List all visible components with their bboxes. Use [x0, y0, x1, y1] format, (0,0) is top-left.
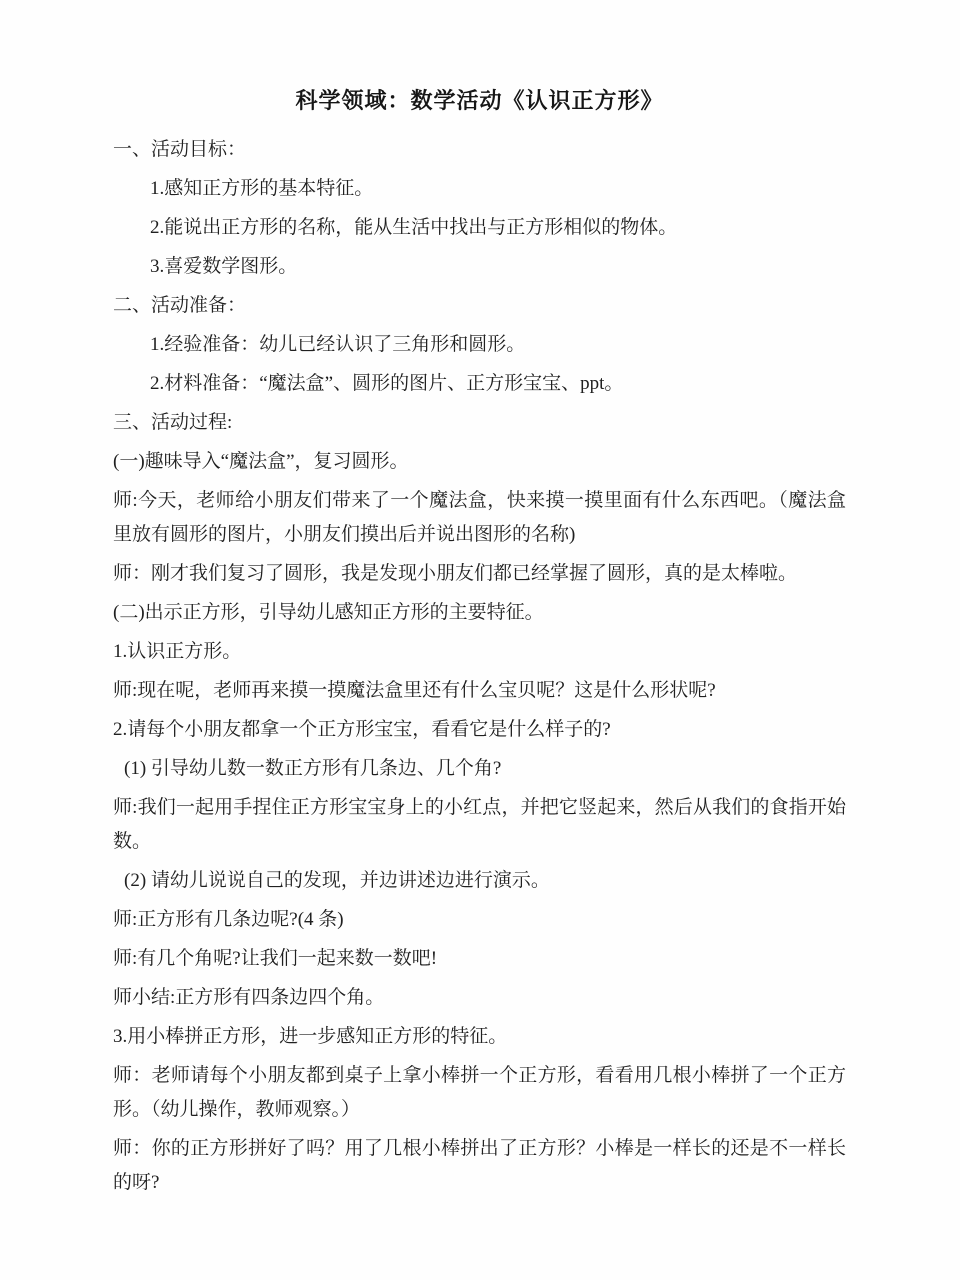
paragraph: 师:今天，老师给小朋友们带来了一个魔法盒，快来摸一摸里面有什么东西吧。（魔法盒里…	[113, 484, 846, 552]
paragraph: 1.经验准备：幼儿已经认识了三角形和圆形。	[113, 328, 846, 362]
paragraph: 师：老师请每个小朋友都到桌子上拿小棒拼一个正方形，看看用几根小棒拼了一个正方形。…	[113, 1059, 846, 1127]
paragraph: 1.认识正方形。	[113, 635, 846, 669]
document-title: 科学领域：数学活动《认识正方形》	[113, 86, 846, 116]
paragraph: 3.喜爱数学图形。	[113, 250, 846, 284]
paragraph: 一、活动目标：	[113, 133, 846, 167]
paragraph: 师小结:正方形有四条边四个角。	[113, 981, 846, 1015]
paragraph: (1) 引导幼儿数一数正方形有几条边、几个角?	[113, 752, 846, 786]
document-page: 科学领域：数学活动《认识正方形》 一、活动目标：1.感知正方形的基本特征。2.能…	[0, 0, 960, 1280]
paragraph: 2.能说出正方形的名称，能从生活中找出与正方形相似的物体。	[113, 211, 846, 245]
paragraph: 师:有几个角呢?让我们一起来数一数吧!	[113, 942, 846, 976]
paragraph: 二、活动准备：	[113, 289, 846, 323]
paragraph: 3.用小棒拼正方形，进一步感知正方形的特征。	[113, 1020, 846, 1054]
paragraph: 师：刚才我们复习了圆形，我是发现小朋友们都已经掌握了圆形，真的是太棒啦。	[113, 557, 846, 591]
paragraph: (二)出示正方形，引导幼儿感知正方形的主要特征。	[113, 596, 846, 630]
paragraph: 2.材料准备：“魔法盒”、圆形的图片、正方形宝宝、ppt。	[113, 367, 846, 401]
paragraph: 师:正方形有几条边呢?(4 条)	[113, 903, 846, 937]
paragraph: 2.请每个小朋友都拿一个正方形宝宝，看看它是什么样子的?	[113, 713, 846, 747]
paragraph: (2) 请幼儿说说自己的发现，并边讲述边进行演示。	[113, 864, 846, 898]
paragraph: 师:现在呢，老师再来摸一摸魔法盒里还有什么宝贝呢？这是什么形状呢?	[113, 674, 846, 708]
paragraph: 三、活动过程:	[113, 406, 846, 440]
paragraph: 师:我们一起用手捏住正方形宝宝身上的小红点，并把它竖起来，然后从我们的食指开始数…	[113, 791, 846, 859]
document-body: 一、活动目标：1.感知正方形的基本特征。2.能说出正方形的名称，能从生活中找出与…	[113, 133, 846, 1200]
paragraph: (一)趣味导入“魔法盒”，复习圆形。	[113, 445, 846, 479]
paragraph: 1.感知正方形的基本特征。	[113, 172, 846, 206]
paragraph: 师：你的正方形拼好了吗？用了几根小棒拼出了正方形？小棒是一样长的还是不一样长的呀…	[113, 1132, 846, 1200]
